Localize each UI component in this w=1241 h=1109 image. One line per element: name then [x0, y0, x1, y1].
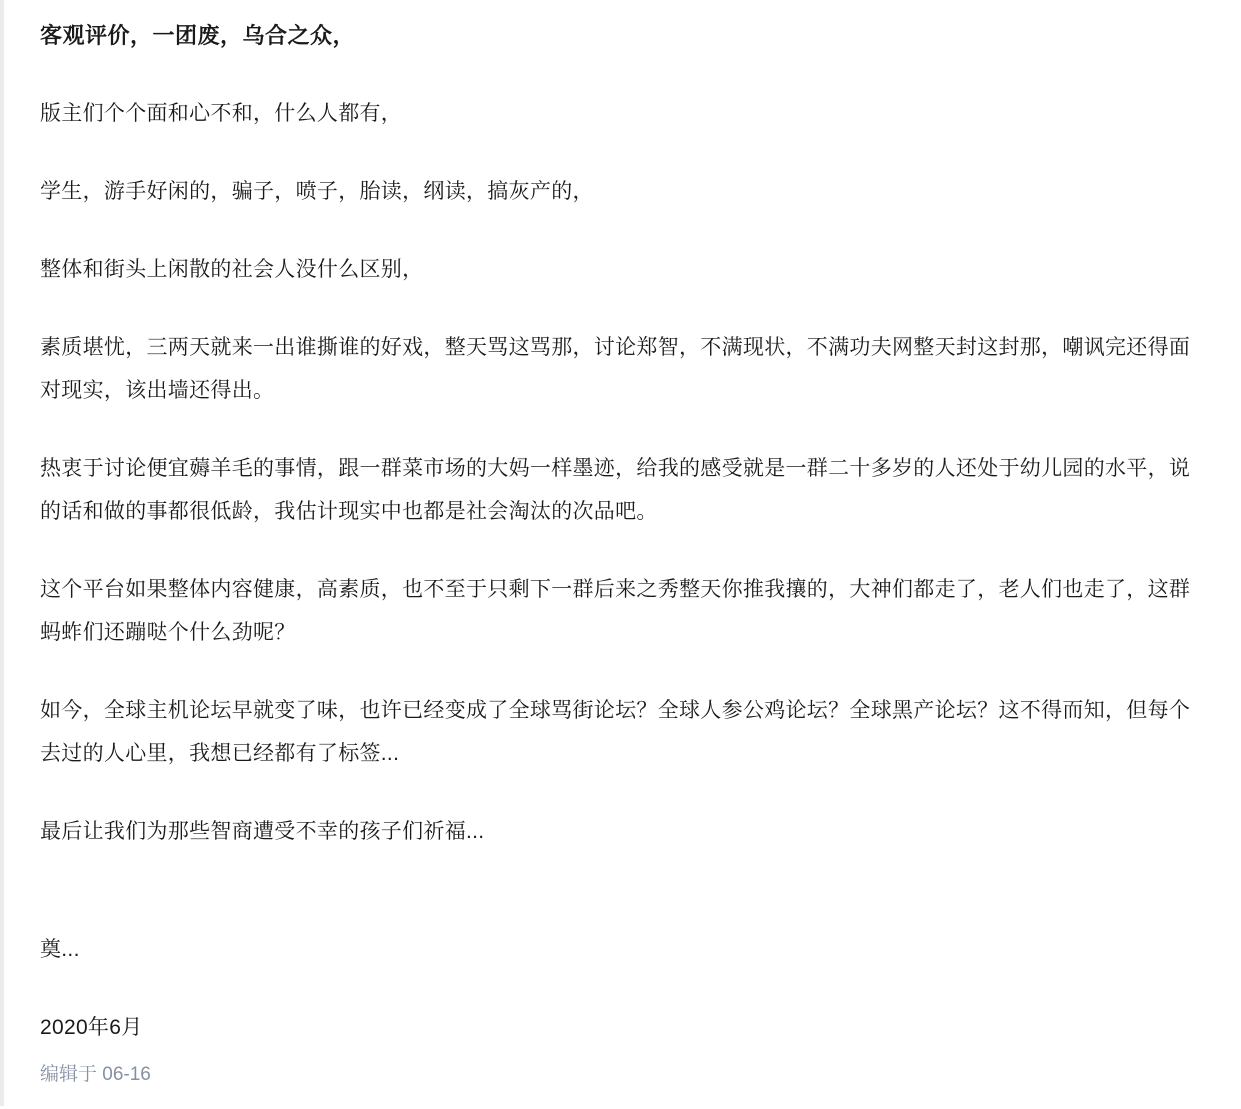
post-date: 2020年6月: [40, 1006, 1197, 1049]
page-left-edge: [0, 0, 4, 1106]
post-paragraph: 版主们个个面和心不和，什么人都有，: [40, 92, 1197, 135]
post-paragraph-memorial: 奠...: [40, 928, 1197, 971]
post-paragraph: 热衷于讨论便宜薅羊毛的事情，跟一群菜市场的大妈一样墨迹，给我的感受就是一群二十多…: [40, 447, 1197, 533]
post-title: 客观评价，一团废，乌合之众，: [40, 14, 1197, 57]
post-paragraph: 学生，游手好闲的，骗子，喷子，胎读，纲读，搞灰产的，: [40, 170, 1197, 213]
post-paragraph: 如今，全球主机论坛早就变了味，也许已经变成了全球骂街论坛？全球人参公鸡论坛？全球…: [40, 689, 1197, 775]
post-paragraph: 最后让我们为那些智商遭受不幸的孩子们祈福...: [40, 810, 1197, 853]
edited-timestamp-link[interactable]: 编辑于 06-16: [40, 1061, 151, 1089]
post-paragraph: 素质堪忧，三两天就来一出谁撕谁的好戏，整天骂这骂那，讨论郑智，不满现状，不满功夫…: [40, 326, 1197, 412]
post-paragraph: 整体和街头上闲散的社会人没什么区别，: [40, 248, 1197, 291]
post-paragraph: 这个平台如果整体内容健康，高素质，也不至于只剩下一群后来之秀整天你推我攘的，大神…: [40, 568, 1197, 654]
answer-content: 客观评价，一团废，乌合之众， 版主们个个面和心不和，什么人都有， 学生，游手好闲…: [0, 0, 1241, 1109]
